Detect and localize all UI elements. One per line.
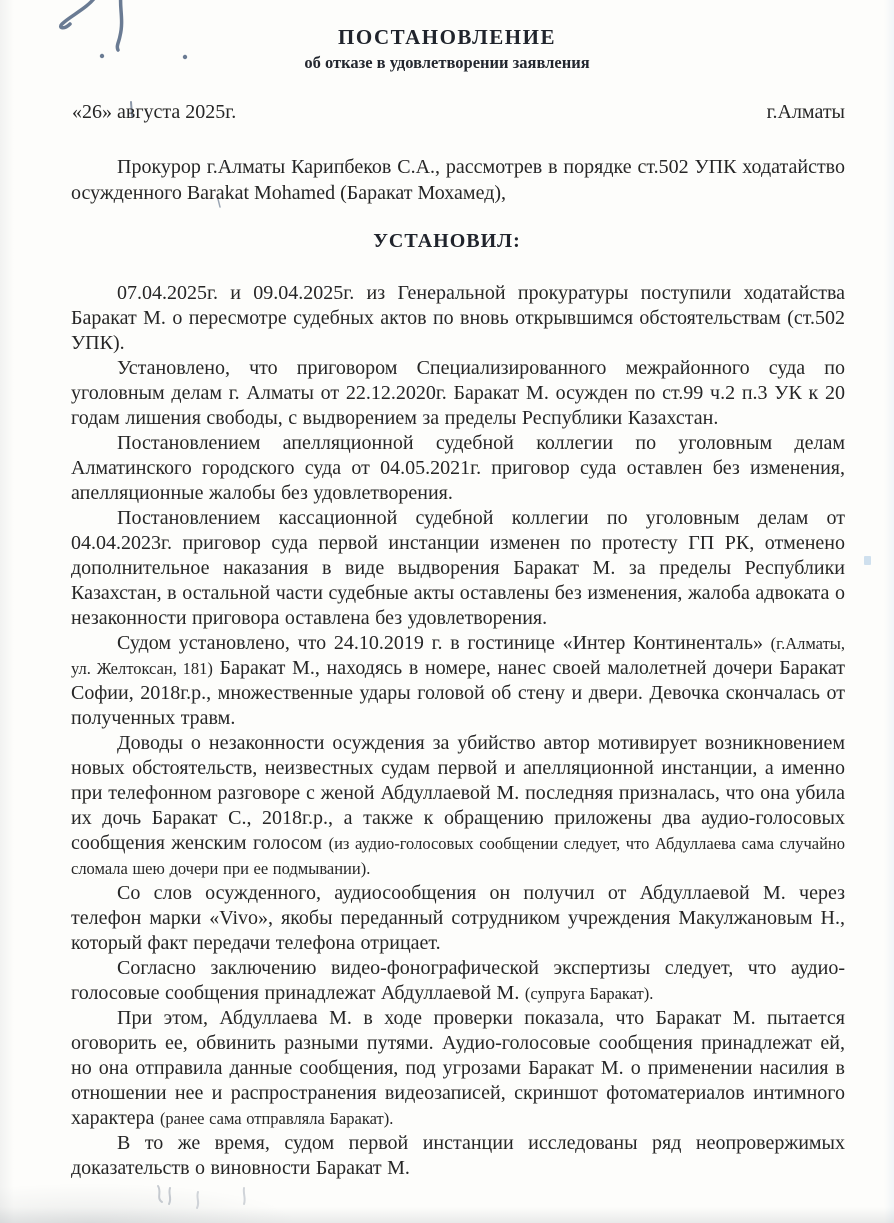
paragraph: В то же время, судом первой инстанции ис… [71, 1131, 845, 1181]
scan-edge-left [0, 0, 14, 1223]
paragraph: Постановлением апелляционной судебной ко… [71, 431, 845, 506]
paragraph-run-small: (супруга Баракат). [525, 984, 654, 1003]
document-header: ПОСТАНОВЛЕНИЕ об отказе в удовлетворении… [0, 25, 894, 73]
document-date: «26» августа 2025г. [72, 101, 236, 124]
paragraph: При этом, Абдуллаева М. в ходе проверки … [71, 1006, 845, 1131]
paragraph: 07.04.2025г. и 09.04.2025г. из Генеральн… [71, 281, 845, 356]
paragraph: Судом установлено, что 24.10.2019 г. в г… [71, 631, 845, 731]
paragraph-run: Судом установлено, что 24.10.2019 г. в г… [117, 632, 771, 654]
paragraph-run: Со слов осужденного, аудиосообщения он п… [71, 882, 845, 954]
intro-paragraph: Прокурор г.Алматы Карипбеков С.А., рассм… [71, 155, 845, 206]
paragraph-run: 07.04.2025г. и 09.04.2025г. из Генеральн… [71, 282, 845, 354]
scan-edge-bottom [0, 1207, 894, 1223]
scanned-document-page: ПОСТАНОВЛЕНИЕ об отказе в удовлетворении… [0, 0, 894, 1223]
paragraph: Со слов осужденного, аудиосообщения он п… [71, 881, 845, 956]
paragraph: Согласно заключению видео-фонографическо… [71, 956, 845, 1006]
section-heading: УСТАНОВИЛ: [0, 230, 894, 253]
pencil-scribble-mark [140, 1178, 280, 1218]
date-row: «26» августа 2025г. г.Алматы [72, 101, 845, 124]
paragraph-run: Постановлением апелляционной судебной ко… [71, 432, 845, 504]
scan-edge-right [884, 0, 894, 1223]
paragraph-run: В то же время, судом первой инстанции ис… [71, 1132, 845, 1179]
paragraph: Постановлением кассационной судебной кол… [71, 506, 845, 631]
document-body: 07.04.2025г. и 09.04.2025г. из Генеральн… [71, 281, 845, 1181]
document-city: г.Алматы [767, 101, 845, 124]
paragraph-run-small: (ранее сама отправляла Баракат). [160, 1109, 393, 1128]
scan-speck [864, 556, 871, 565]
paragraph: Доводы о незаконности осуждения за убийс… [71, 731, 845, 881]
paragraph-run: Постановлением кассационной судебной кол… [71, 507, 845, 629]
paragraph-run: Установлено, что приговором Специализиро… [71, 357, 845, 429]
document-subtitle: об отказе в удовлетворении заявления [0, 53, 894, 73]
paragraph-run: Согласно заключению видео-фонографическо… [71, 957, 845, 1004]
paragraph: Установлено, что приговором Специализиро… [71, 356, 845, 431]
document-title: ПОСТАНОВЛЕНИЕ [0, 25, 894, 50]
